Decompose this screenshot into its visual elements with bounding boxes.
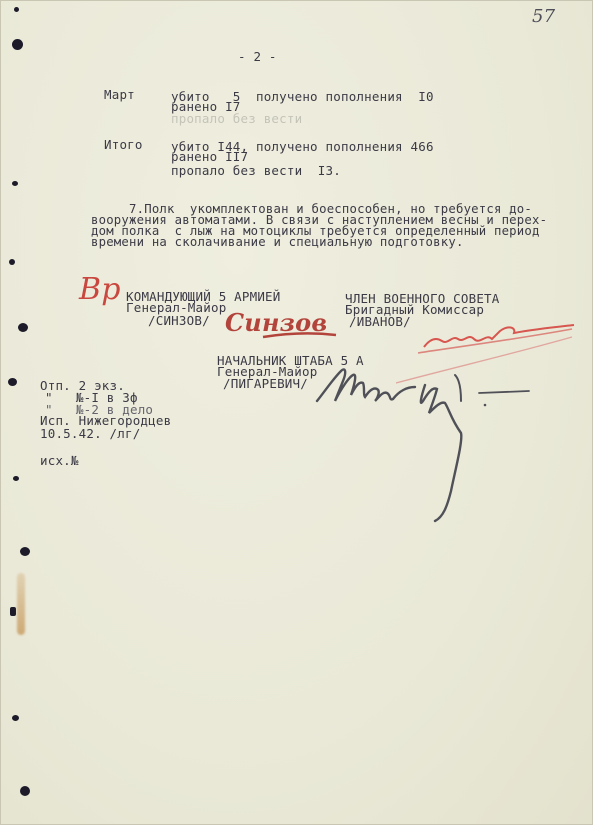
- archive-number: 57: [532, 8, 555, 26]
- chief-of-staff-name: /ПИГАРЕВИЧ/: [223, 378, 308, 389]
- document-page: 57 - 2 - Март убито 5 получено пополнени…: [0, 0, 593, 825]
- punch-hole: [13, 476, 19, 481]
- total-missing: пропало без вести I3.: [171, 165, 341, 176]
- footer-date: 10.5.42. /лг/: [40, 428, 140, 439]
- chief-of-staff-signature: [311, 361, 551, 526]
- punch-hole: [10, 607, 16, 616]
- rust-stain: [17, 573, 25, 635]
- punch-hole: [9, 259, 15, 265]
- footer-executor: Исп. Нижегородцев: [40, 415, 171, 426]
- total-label: Итого: [104, 139, 143, 150]
- paragraph-7-line: времени на сколачивание и специальную по…: [91, 237, 464, 248]
- march-label: Март: [104, 89, 135, 100]
- punch-hole: [12, 39, 23, 50]
- punch-hole: [12, 181, 18, 186]
- punch-hole: [8, 378, 17, 386]
- punch-hole: [20, 786, 30, 796]
- punch-hole: [14, 7, 19, 12]
- resolution-mark: Вр: [79, 275, 121, 305]
- punch-hole: [18, 323, 28, 332]
- punch-hole: [20, 547, 30, 556]
- commander-rank: Генерал-Майор: [126, 302, 226, 313]
- commander-name: /СИНЗОВ/: [148, 315, 210, 326]
- council-member-name: /ИВАНОВ/: [349, 316, 411, 327]
- footer-outgoing-number: исх.№: [40, 455, 79, 466]
- punch-hole: [12, 715, 19, 721]
- page-marker: - 2 -: [238, 51, 277, 62]
- march-missing-faded: пропало без вести: [171, 113, 302, 124]
- total-wounded: ранено II7: [171, 151, 248, 162]
- council-member-signature: [396, 319, 576, 389]
- commander-signature: Синзов: [225, 311, 327, 335]
